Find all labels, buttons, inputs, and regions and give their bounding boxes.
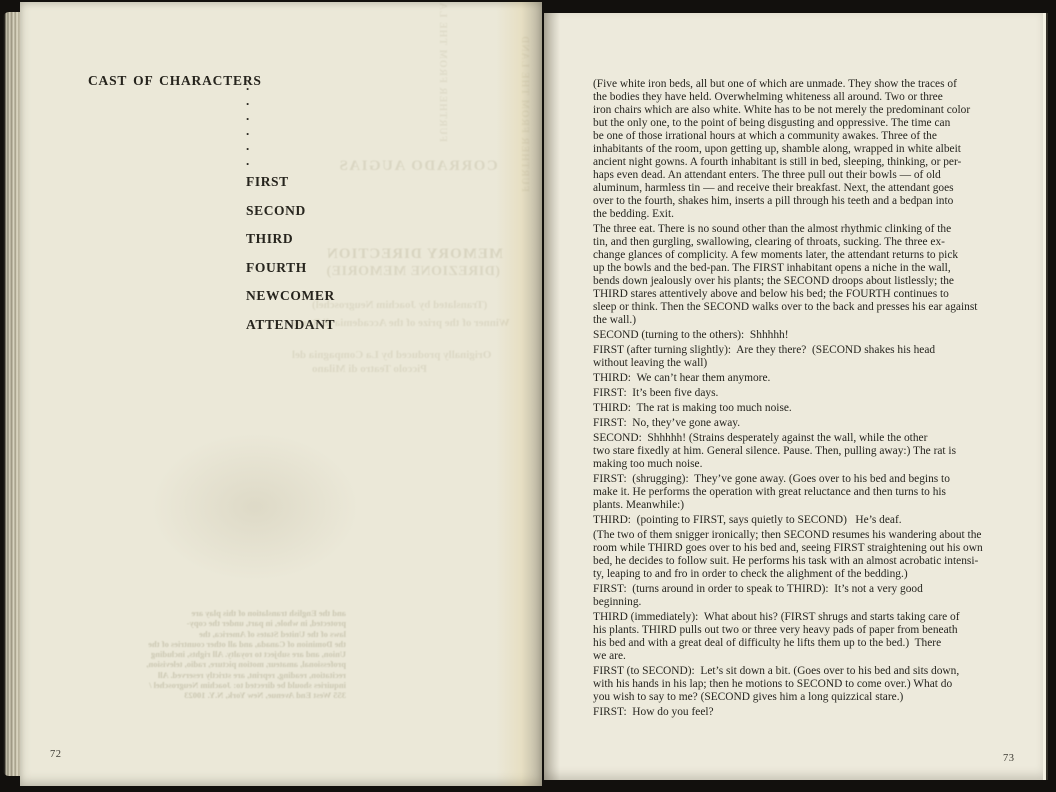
dot-leader: ...... — [246, 78, 249, 168]
cast-heading: CAST OF CHARACTERS — [88, 73, 262, 89]
script-paragraph: FIRST: No, they’ve gone away. — [593, 417, 1027, 430]
script-paragraph: THIRD: We can’t hear them anymore. — [593, 372, 1027, 385]
script-paragraph: THIRD: (pointing to FIRST, says quietly … — [593, 514, 1027, 527]
script-paragraph: (Five white iron beds, all but one of wh… — [593, 78, 1027, 221]
bleedthrough-text: Piccolo Teatro di Milano — [312, 363, 427, 375]
page-number-left: 72 — [50, 749, 62, 760]
script-paragraph: FIRST: (turns around in order to speak t… — [593, 583, 1027, 609]
script-paragraph: (The two of them snigger ironically; the… — [593, 529, 1027, 581]
script-paragraph: FIRST: It’s been five days. — [593, 387, 1027, 400]
script-paragraph: FIRST (after turning slightly): Are they… — [593, 344, 1027, 370]
cast-item: SECOND — [246, 204, 335, 218]
bleedthrough-text: Originally produced by La Compagnia del — [292, 349, 491, 361]
dot-leader-dot: . — [246, 138, 249, 153]
script-paragraph: SECOND (turning to the others): Shhhhh! — [593, 329, 1027, 342]
cast-item: ATTENDANT — [246, 318, 335, 332]
dot-leader-dot: . — [246, 108, 249, 123]
bleedthrough-text: (DIREZIONE MEMORIE) — [326, 264, 500, 280]
dot-leader-dot: . — [246, 93, 249, 108]
page-edge-stack — [3, 12, 21, 776]
bleedthrough-text: (Translated by Joachim Neugroschel) — [312, 299, 487, 311]
script-paragraph: THIRD (immediately): What about his? (FI… — [593, 611, 1027, 663]
cast-item: FOURTH — [246, 261, 335, 275]
cast-item: FIRST — [246, 175, 335, 189]
bleedthrough-illustration — [150, 432, 360, 582]
page-left: CORRADO AUGIASMEMORY DIRECTION(DIREZIONE… — [20, 2, 542, 786]
bleedthrough-vertical-text: FURTHER FROM THE LAND — [519, 35, 530, 192]
bleedthrough-text: CORRADO AUGIAS — [338, 158, 498, 175]
bleedthrough-vertical-text: FURTHER FROM THE LAND — [437, 2, 448, 142]
dot-leader-dot: . — [246, 123, 249, 138]
bleedthrough-notice: and the English translation of this play… — [78, 608, 346, 701]
dot-leader-dot: . — [246, 78, 249, 93]
script-paragraph: SECOND: Shhhhh! (Strains desperately aga… — [593, 432, 1027, 471]
script-paragraph: FIRST: How do you feel? — [593, 706, 1027, 719]
dot-leader-dot: . — [246, 153, 249, 168]
script-text: (Five white iron beds, all but one of wh… — [593, 78, 1027, 721]
page-number-right: 73 — [1003, 753, 1015, 764]
cast-item: THIRD — [246, 232, 335, 246]
script-paragraph: THIRD: The rat is making too much noise. — [593, 402, 1027, 415]
page-right: (Five white iron beds, all but one of wh… — [544, 13, 1048, 780]
cast-list: FIRSTSECONDTHIRDFOURTHNEWCOMERATTENDANT — [246, 175, 335, 346]
script-paragraph: The three eat. There is no sound other t… — [593, 223, 1027, 327]
script-paragraph: FIRST (to SECOND): Let’s sit down a bit.… — [593, 665, 1027, 704]
bleedthrough-text: MEMORY DIRECTION — [326, 246, 503, 263]
cast-item: NEWCOMER — [246, 289, 335, 303]
script-paragraph: FIRST: (shrugging): They’ve gone away. (… — [593, 473, 1027, 512]
book-spread-scan: CORRADO AUGIASMEMORY DIRECTION(DIREZIONE… — [0, 0, 1056, 792]
